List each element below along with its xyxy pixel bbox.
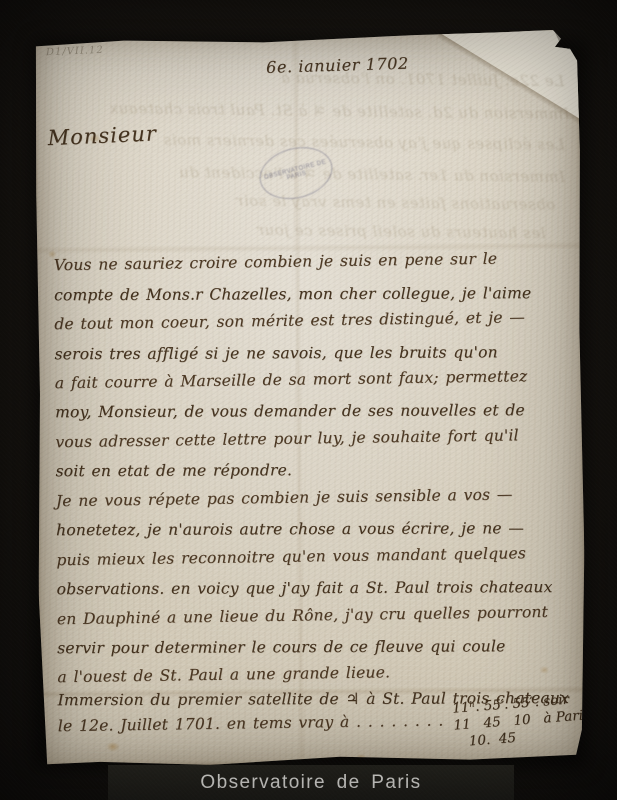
library-stamp-text: OBSERVATOIRE DE PARIS bbox=[260, 158, 333, 188]
photo-background: D1/VII.12 Le 22e. Juillet 1701. on l'obs… bbox=[0, 0, 617, 800]
showthrough-line: les hauteurs du soleil prises ce jour bbox=[125, 219, 545, 242]
manuscript-line: vous adresser cette lettre pour luy, je … bbox=[55, 426, 519, 451]
manuscript-line: soit en etat de me répondre. bbox=[56, 461, 293, 480]
archive-mark: D1/VII.12 bbox=[46, 45, 104, 59]
stain-mark bbox=[106, 742, 120, 752]
date-line: 6e. ianuier 1702 bbox=[266, 54, 409, 77]
library-stamp: OBSERVATOIRE DE PARIS bbox=[254, 140, 338, 207]
manuscript-line: servir pour determiner le cours de ce fl… bbox=[57, 637, 505, 657]
manuscript-line: de tout mon coeur, son mérite est tres d… bbox=[54, 308, 525, 333]
manuscript-line: puis mieux les reconnoitre qu'en vous ma… bbox=[56, 544, 526, 569]
manuscript-line: en Dauphiné a une lieue du Rône, j'ay cr… bbox=[57, 603, 548, 628]
manuscript-line: compte de Mons.r Chazelles, mon cher col… bbox=[54, 284, 531, 304]
caption-text: Observatoire de Paris bbox=[200, 772, 421, 794]
manuscript-line: moy, Monsieur, de vous demander de ses n… bbox=[55, 401, 525, 421]
salutation: Monsieur bbox=[47, 121, 157, 150]
manuscript-paper: D1/VII.12 Le 22e. Juillet 1701. on l'obs… bbox=[34, 30, 586, 767]
manuscript-line: honetetez, je n'aurois autre chose a vou… bbox=[56, 519, 524, 539]
showthrough-line: Les éclipses que j'ay obseruées ces dern… bbox=[185, 131, 565, 154]
manuscript-line: Vous ne sauriez croire combien je suis e… bbox=[54, 250, 498, 275]
stain-mark bbox=[539, 666, 549, 674]
manuscript-line: serois tres affligé si je ne savois, que… bbox=[55, 343, 498, 363]
showthrough-line: Immersion du 2d. satellite de ♃ à St. Pa… bbox=[64, 99, 569, 123]
manuscript-line: le 12e. Juillet 1701. en tems vray à . .… bbox=[58, 711, 444, 735]
observation-times: 11ʰ. 55′. 55″. soir 11 45 10 à Paris 10.… bbox=[452, 690, 592, 752]
manuscript-line: observations. en voicy que j'ay fait a S… bbox=[57, 578, 553, 598]
letter-body: Vous ne sauriez croire combien je suis e… bbox=[34, 30, 580, 35]
manuscript-line: a fait courre à Marseille de sa mort son… bbox=[55, 367, 528, 392]
showthrough-line: obseruations faites en tems vray le soir bbox=[95, 190, 555, 214]
manuscript-line: a l'ouest de St. Paul a une grande lieue… bbox=[57, 663, 390, 686]
caption-bar: Observatoire de Paris bbox=[108, 765, 514, 800]
manuscript-line: Je ne vous répete pas combien je suis se… bbox=[56, 485, 513, 510]
